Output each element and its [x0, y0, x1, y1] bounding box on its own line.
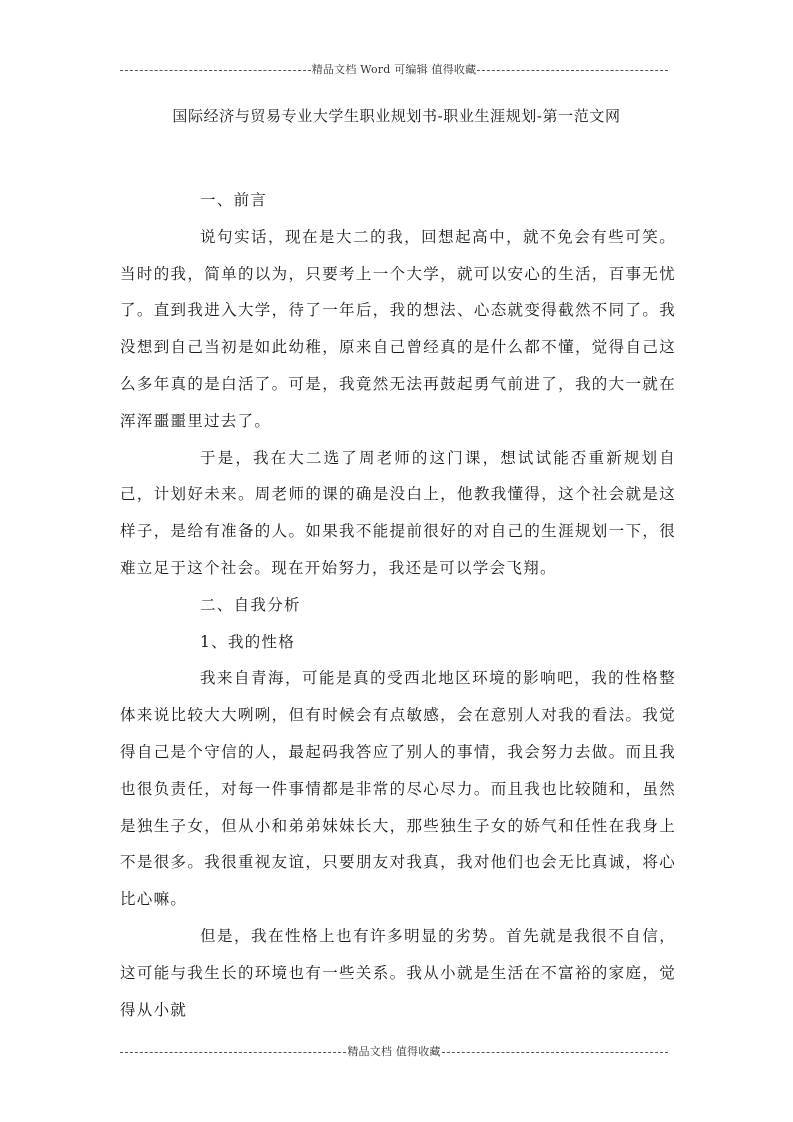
header-rule-right	[477, 70, 668, 71]
paragraph-intro-1: 说句实话，现在是大二的我，回想起高中，就不免会有些可笑。当时的我，简单的以为，只…	[120, 219, 676, 440]
footer-rule-left	[120, 1052, 346, 1053]
page-footer: 精品文档 值得收藏	[120, 1043, 668, 1059]
section-heading-self-analysis: 二、自我分析	[120, 587, 676, 624]
section-heading-intro: 一、前言	[120, 182, 676, 219]
footer-text: 精品文档 值得收藏	[346, 1043, 441, 1059]
header-text: 精品文档 Word 可编辑 值得收藏	[311, 61, 478, 77]
paragraph-intro-2: 于是，我在大二选了周老师的这门课，想试试能否重新规划自己，计划好未来。周老师的课…	[120, 440, 676, 587]
paragraph-personality-1: 我来自青海，可能是真的受西北地区环境的影响吧，我的性格整体来说比较大大咧咧，但有…	[120, 660, 676, 918]
footer-rule-right	[442, 1052, 668, 1053]
document-body: 一、前言 说句实话，现在是大二的我，回想起高中，就不免会有些可笑。当时的我，简单…	[120, 182, 676, 1028]
document-title: 国际经济与贸易专业大学生职业规划书-职业生涯规划-第一范文网	[0, 105, 793, 126]
header-rule-left	[120, 70, 311, 71]
page-header: 精品文档 Word 可编辑 值得收藏	[120, 61, 668, 77]
paragraph-personality-2: 但是，我在性格上也有许多明显的劣势。首先就是我很不自信，这可能与我生长的环境也有…	[120, 918, 676, 1028]
subsection-heading-personality: 1、我的性格	[120, 624, 676, 661]
